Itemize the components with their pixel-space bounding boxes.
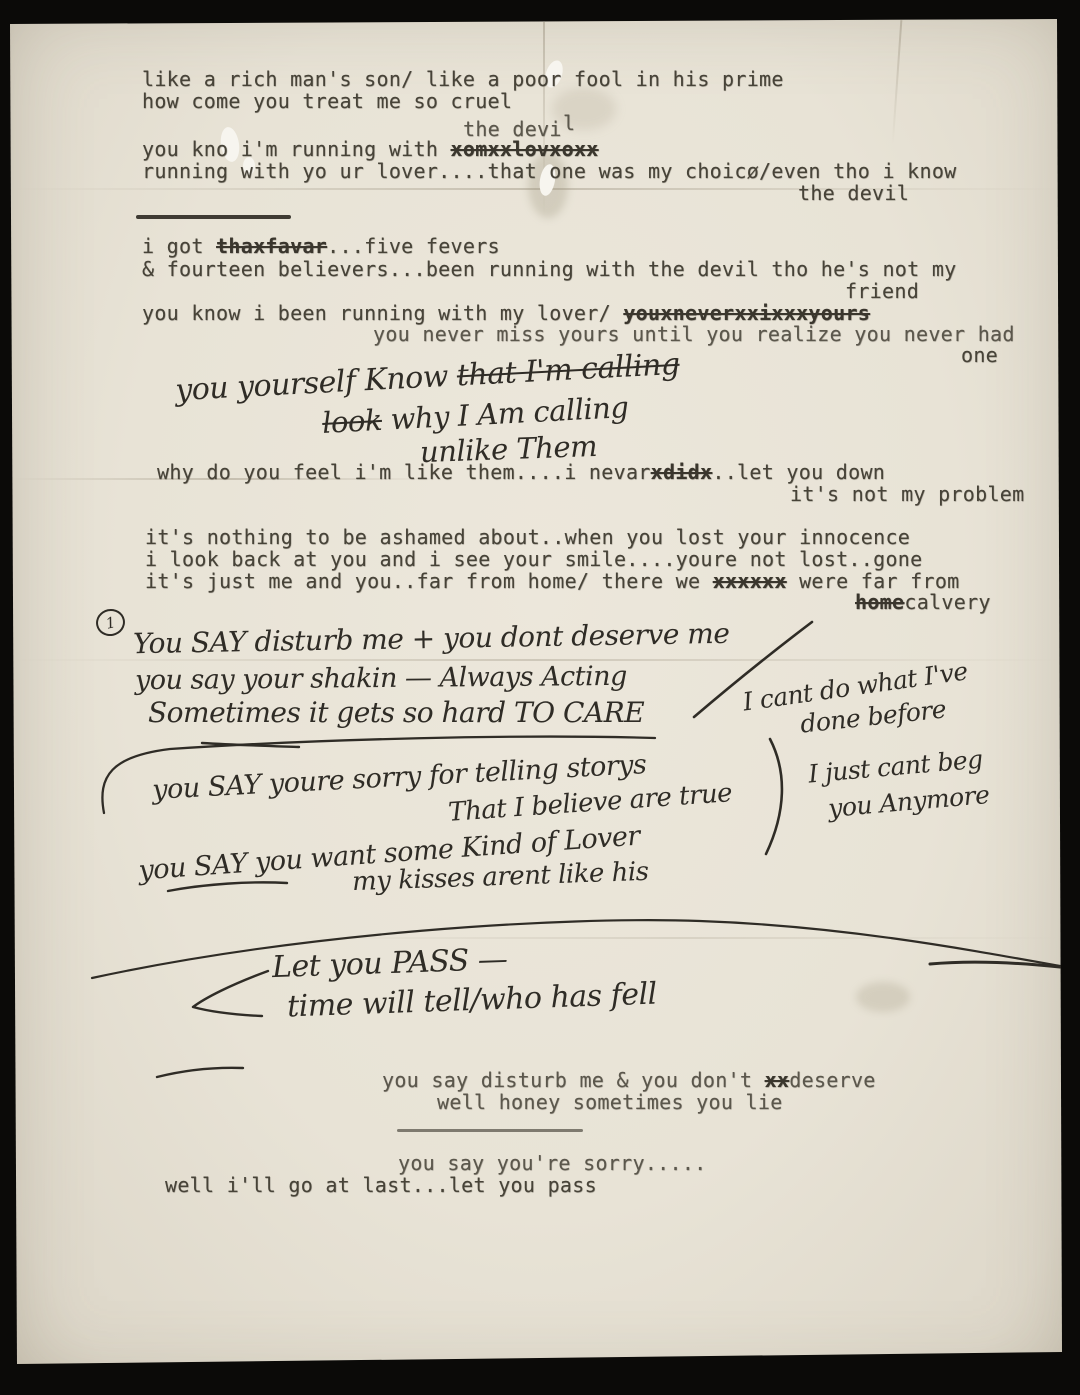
typed-segment: deserve	[789, 1068, 875, 1092]
typed-segment: i got	[142, 234, 216, 258]
typed-segment: ..let you down	[712, 460, 885, 484]
typed-struck-word: xdidx	[651, 460, 713, 484]
typed-segment: you say disturb me & you don't	[382, 1068, 765, 1092]
typed-divider-rule-2	[397, 1129, 583, 1132]
typed-line-15: it's nothing to be ashamed about..when y…	[145, 526, 910, 548]
typed-line-17: it's just me and you..far from home/ the…	[145, 570, 960, 592]
typed-line-16: i look back at you and i see your smile.…	[145, 548, 922, 570]
typed-segment: it's just me and you..far from home/ the…	[145, 569, 713, 593]
typed-struck-word: xomxxlovxoxx	[451, 137, 599, 161]
typed-segment: ...five fevers	[327, 234, 500, 258]
photograph-of-lyric-sheet: { "colors":{"background":"#0b0a08","pape…	[0, 0, 1080, 1395]
typed-line-11: you never miss yours until you realize y…	[373, 323, 1015, 345]
handwritten-line-3: unlike Them	[419, 429, 597, 469]
handwritten-line-6: Sometimes it gets so hard TO CARE	[148, 696, 644, 729]
lyric-sheet-paper: like a rich man's son/ like a poor fool …	[0, 0, 1080, 1395]
paper-stain	[856, 982, 910, 1012]
handwritten-line-5: you say your shakin — Always Acting	[135, 661, 627, 696]
typed-struck-word: xxxxxx	[713, 569, 787, 593]
typed-struck-word: home	[855, 590, 904, 614]
typed-line-21: you say you're sorry.....	[398, 1152, 707, 1174]
typed-line-18: homecalvery	[855, 591, 991, 613]
typed-line-20: well honey sometimes you lie	[437, 1091, 783, 1113]
typed-segment: calvery	[904, 590, 990, 614]
typed-line-5: running with yo ur lover....that one was…	[142, 160, 957, 182]
typed-line-10: you know i been running with my lover/ y…	[142, 302, 870, 324]
typed-line-14: it's not my problem	[790, 483, 1024, 505]
typed-line-22: well i'll go at last...let you pass	[165, 1174, 597, 1196]
typed-line-2: how come you treat me so cruel	[142, 90, 512, 112]
typed-line-6: the devil	[798, 182, 909, 204]
typed-bold-word: like a rich man's son/ like a poor fool …	[142, 67, 784, 91]
typed-line-4: you kno i'm running with xomxxlovxoxx	[142, 138, 599, 160]
handwritten-struck-word: look	[321, 403, 382, 440]
typed-line-19: you say disturb me & you don't xxdeserve	[382, 1069, 876, 1091]
typed-struck-word: xx	[765, 1068, 790, 1092]
typed-divider-rule	[136, 215, 291, 219]
typed-line-12: one	[961, 344, 998, 366]
typed-line-8: & fourteen believers...been running with…	[142, 258, 957, 280]
typed-line-7: i got thaxfavar...five fevers	[142, 235, 500, 257]
typed-line-1: like a rich man's son/ like a poor fool …	[142, 68, 784, 90]
typed-line-9: friend	[845, 280, 919, 302]
typed-line-3-stray-letter: l	[563, 112, 575, 134]
typed-segment: you kno i'm running with	[142, 137, 451, 161]
typed-struck-word: thaxfavar	[216, 234, 327, 258]
